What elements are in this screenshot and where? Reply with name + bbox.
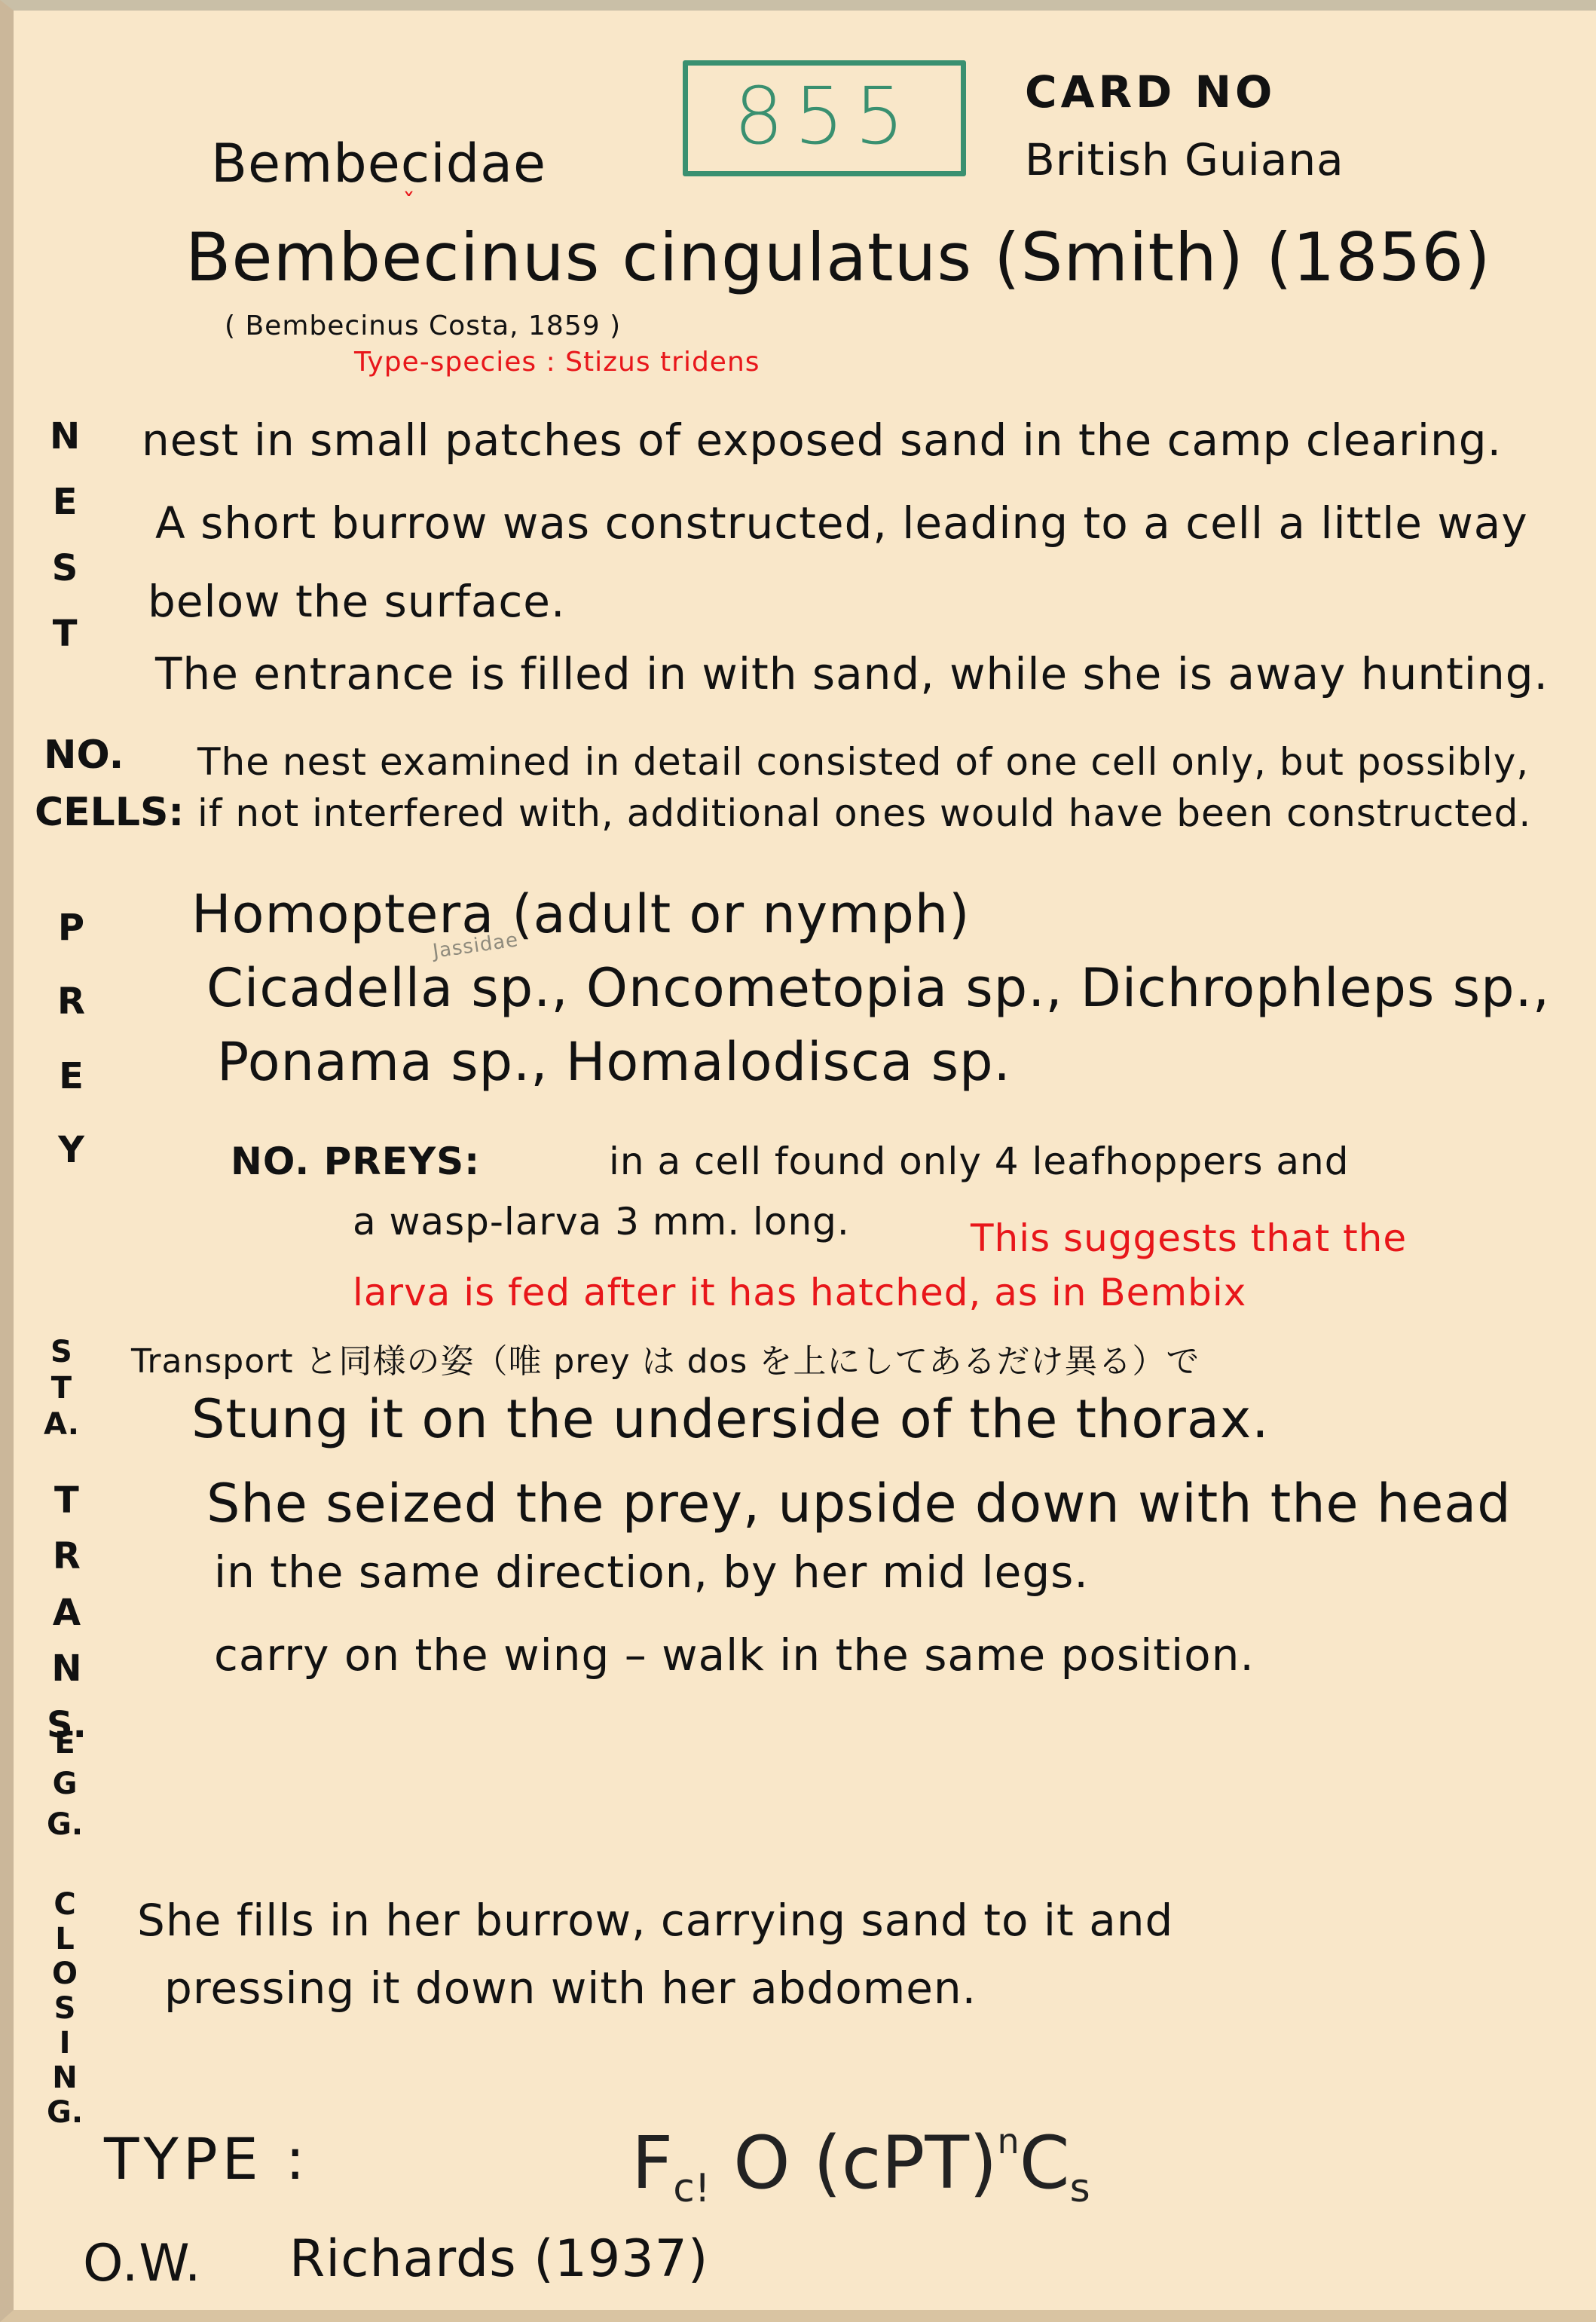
stinging-line: Stung it on the underside of the thorax. xyxy=(191,1388,1270,1450)
card-no-label: CARD NO xyxy=(1025,66,1276,118)
nest-line: below the surface. xyxy=(148,576,565,627)
card-number-box: 855 xyxy=(683,60,966,176)
red-correction-mark: ˇ xyxy=(402,188,416,219)
prey-line: Ponama sp., Homalodisca sp. xyxy=(217,1031,1011,1093)
family-name: Bembecidae xyxy=(211,133,546,194)
section-label-nest: N E S T xyxy=(50,404,80,667)
cells-line: The nest examined in detail consisted of… xyxy=(197,740,1529,784)
index-card: 855 CARD NO British Guiana Bembecidae ˇ … xyxy=(0,0,1596,2322)
red-note: larva is fed after it has hatched, as in… xyxy=(353,1271,1246,1314)
japanese-note: Transport と同様の姿（唯 prey は dos を上にしてあるだけ異る… xyxy=(131,1334,1200,1382)
prey-line: Homoptera (adult or nymph) xyxy=(191,883,970,945)
type-label: TYPE : xyxy=(104,2125,309,2192)
type-formula: Fc! O (cPT)nCs xyxy=(631,2121,1090,2211)
nest-line: A short burrow was constructed, leading … xyxy=(155,497,1528,549)
closing-line: pressing it down with her abdomen. xyxy=(164,1963,977,2014)
transport-line: in the same direction, by her mid legs. xyxy=(214,1546,1089,1598)
author-initials: O.W. xyxy=(83,2234,201,2293)
card-number: 855 xyxy=(688,70,961,162)
section-label-no: NO. xyxy=(44,736,124,775)
no-preys-line: in a cell found only 4 leafhoppers and xyxy=(609,1140,1349,1183)
type-species-note: Type-species : Stizus tridens xyxy=(354,347,760,378)
section-label-prey: P R E Y xyxy=(57,891,85,1188)
section-label-closing: C L O S I N G. xyxy=(47,1887,83,2130)
nest-line: The entrance is filled in with sand, whi… xyxy=(155,648,1549,699)
species-name: Bembecinus cingulatus (Smith) (1856) xyxy=(185,219,1491,296)
section-label-transport: T R A N S. xyxy=(47,1473,87,1753)
author-name: Richards (1937) xyxy=(289,2229,708,2289)
no-preys-label: NO. PREYS: xyxy=(231,1140,480,1183)
transport-line: She seized the prey, upside down with th… xyxy=(206,1473,1512,1534)
section-label-egg: E G G. xyxy=(47,1723,83,1845)
synonym-note: ( Bembecinus Costa, 1859 ) xyxy=(225,311,621,341)
transport-line: carry on the wing – walk in the same pos… xyxy=(214,1629,1255,1681)
section-label-stinging: S T A. xyxy=(44,1334,79,1442)
nest-line: nest in small patches of exposed sand in… xyxy=(142,415,1502,466)
section-label-cells: CELLS: xyxy=(35,793,184,832)
no-preys-line: a wasp-larva 3 mm. long. xyxy=(353,1200,850,1244)
locality: British Guiana xyxy=(1025,134,1344,185)
prey-line: Cicadella sp., Oncometopia sp., Dichroph… xyxy=(206,957,1550,1019)
red-note: This suggests that the xyxy=(971,1216,1407,1260)
closing-line: She fills in her burrow, carrying sand t… xyxy=(137,1895,1173,1946)
cells-line: if not interfered with, additional ones … xyxy=(197,791,1531,835)
